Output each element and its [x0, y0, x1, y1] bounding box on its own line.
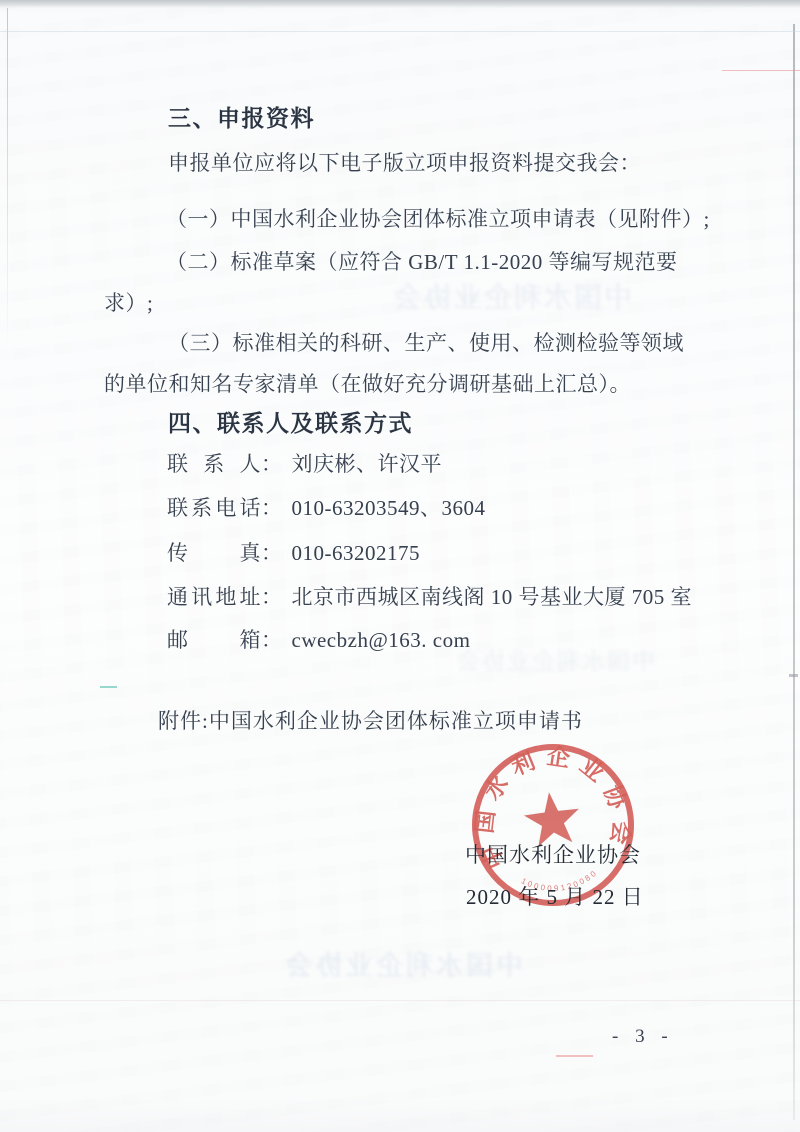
cyan-scan-dash [100, 686, 117, 688]
section3-item1-line: （一）中国水利企业协会团体标准立项申请表（见附件）; [166, 203, 710, 233]
attachment-note: 附件:中国水利企业协会团体标准立项申请书 [158, 705, 583, 735]
scanned-document-page: { "page_number": "- 3 -", "sections": { … [0, 0, 800, 1132]
contact-row-email: 邮箱：cwecbzh@163. com [167, 624, 470, 654]
contact-value: cwecbzh@163. com [292, 628, 471, 652]
signature-date: 2020 年 5 月 22 日 [466, 881, 644, 911]
section3-item2-line1: （二）标准草案（应符合 GB/T 1.1-2020 等编写规范要 [166, 246, 677, 276]
page-number: - 3 - [612, 1026, 674, 1048]
contact-row-fax: 传真：010-63202175 [167, 537, 420, 567]
scan-edge-right-tick [789, 674, 798, 677]
contact-label: 联系电话 [167, 492, 261, 522]
section-heading-3: 三、申报资料 [168, 100, 315, 133]
section3-item3-line2: 的单位和知名专家清单（在做好充分调研基础上汇总）。 [104, 368, 631, 398]
section3-intro-line: 申报单位应将以下电子版立项申报资料提交我会： [168, 147, 641, 177]
contact-value: 北京市西城区南线阁 10 号基业大厦 705 室 [292, 585, 693, 609]
scan-edge-right-line [793, 24, 795, 1120]
contact-value: 刘庆彬、许汉平 [292, 452, 443, 476]
contact-value: 010-63203549、3604 [292, 496, 486, 520]
pink-scan-line-top-right [722, 70, 800, 71]
signature-organization: 中国水利企业协会 [465, 839, 641, 869]
section-heading-4: 四、联系人及联系方式 [168, 405, 413, 438]
contact-colon: ： [261, 541, 283, 565]
contact-row-person: 联系人：刘庆彬、许汉平 [167, 448, 442, 478]
contact-label: 邮箱 [167, 624, 261, 654]
scan-faint-line-bottom [0, 1000, 800, 1001]
scan-edge-top [0, 0, 800, 8]
contact-row-phone: 联系电话：010-63203549、3604 [167, 492, 486, 522]
scan-edge-left-line [7, 8, 8, 348]
pink-scan-line-bottom [556, 1055, 593, 1057]
contact-colon: ： [261, 452, 283, 476]
scan-faint-line-top [0, 31, 800, 32]
contact-row-address: 通讯地址：北京市西城区南线阁 10 号基业大厦 705 室 [167, 581, 692, 611]
section3-item2-line2: 求）; [104, 287, 153, 317]
contact-colon: ： [261, 628, 283, 652]
contact-label: 传真 [167, 537, 261, 567]
section3-item3-line1: （三）标准相关的科研、生产、使用、检测检验等领域 [168, 327, 684, 357]
contact-label: 联系人 [167, 448, 261, 478]
contact-value: 010-63202175 [292, 541, 421, 565]
contact-label: 通讯地址 [167, 581, 261, 611]
contact-colon: ： [261, 496, 283, 520]
contact-colon: ： [261, 585, 283, 609]
